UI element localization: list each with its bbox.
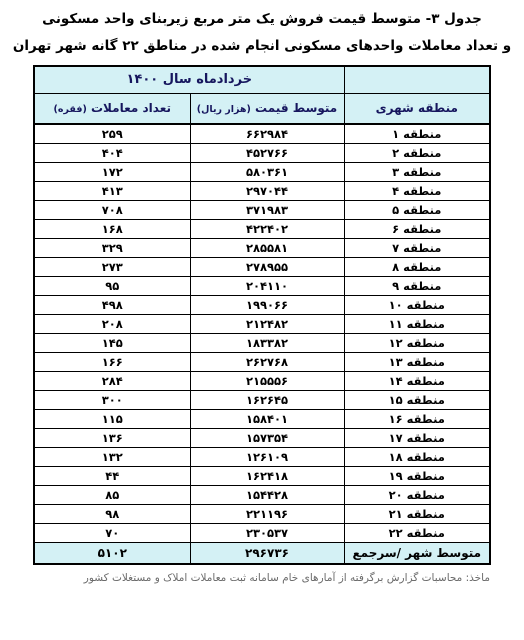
table-footer: متوسط شهر /سرجمع ۲۹۶۷۳۶ ۵۱۰۲: [34, 542, 490, 564]
price-cell: ۴۲۲۴۰۲: [190, 219, 344, 238]
table-row: منطقه ۲۱۲۲۱۱۹۶۹۸: [34, 504, 490, 523]
region-cell: منطقه ۸: [344, 257, 490, 276]
count-cell: ۱۴۵: [34, 333, 190, 352]
period-header-cell: خردادماه سال ۱۴۰۰: [34, 66, 344, 93]
table-row: منطقه ۱۱۲۱۲۴۸۲۲۰۸: [34, 314, 490, 333]
price-cell: ۱۲۶۱۰۹: [190, 447, 344, 466]
region-cell: منطقه ۱۴: [344, 371, 490, 390]
count-column-header-unit: (فقره): [54, 104, 87, 115]
price-column-header: متوسط قیمت (هزار ریال): [190, 93, 344, 124]
count-cell: ۱۶۶: [34, 352, 190, 371]
summary-row: متوسط شهر /سرجمع ۲۹۶۷۳۶ ۵۱۰۲: [34, 542, 490, 564]
count-cell: ۹۸: [34, 504, 190, 523]
count-cell: ۱۳۲: [34, 447, 190, 466]
price-cell: ۲۲۱۱۹۶: [190, 504, 344, 523]
column-header-row: منطقه شهری متوسط قیمت (هزار ریال) تعداد …: [34, 93, 490, 124]
count-cell: ۱۱۵: [34, 409, 190, 428]
table-row: منطقه ۱۷۱۵۷۳۵۴۱۳۶: [34, 428, 490, 447]
source-note: ماخذ: محاسبات گزارش برگرفته از آمارهای خ…: [34, 572, 490, 584]
count-cell: ۲۵۹: [34, 124, 190, 143]
count-cell: ۸۵: [34, 485, 190, 504]
report-page: جدول ۳- متوسط قیمت فروش یک متر مربع زیرب…: [0, 0, 524, 640]
table-row: منطقه ۶۴۲۲۴۰۲۱۶۸: [34, 219, 490, 238]
count-cell: ۱۶۸: [34, 219, 190, 238]
count-cell: ۳۲۹: [34, 238, 190, 257]
table-row: منطقه ۱۹۱۶۲۴۱۸۴۴: [34, 466, 490, 485]
count-cell: ۲۰۸: [34, 314, 190, 333]
summary-count-cell: ۵۱۰۲: [34, 542, 190, 564]
price-cell: ۱۵۴۴۲۸: [190, 485, 344, 504]
region-cell: منطقه ۲۰: [344, 485, 490, 504]
region-cell: منطقه ۴: [344, 181, 490, 200]
table-row: منطقه ۲۴۵۲۷۶۶۴۰۴: [34, 143, 490, 162]
summary-price-cell: ۲۹۶۷۳۶: [190, 542, 344, 564]
period-header-row: خردادماه سال ۱۴۰۰: [34, 66, 490, 93]
region-header-empty-cell: [344, 66, 490, 93]
price-column-header-label: متوسط قیمت: [255, 101, 337, 115]
table-row: منطقه ۳۵۸۰۳۶۱۱۷۲: [34, 162, 490, 181]
count-column-header-label: تعداد معاملات: [91, 101, 171, 115]
region-cell: منطقه ۲: [344, 143, 490, 162]
count-cell: ۱۳۶: [34, 428, 190, 447]
price-cell: ۳۷۱۹۸۳: [190, 200, 344, 219]
region-column-header-label: منطقه شهری: [376, 101, 458, 115]
table-body: منطقه ۱۶۶۲۹۸۴۲۵۹منطقه ۲۴۵۲۷۶۶۴۰۴منطقه ۳۵…: [34, 124, 490, 542]
price-cell: ۱۶۲۴۱۸: [190, 466, 344, 485]
region-cell: منطقه ۱۲: [344, 333, 490, 352]
table-row: منطقه ۱۲۱۸۳۳۸۲۱۴۵: [34, 333, 490, 352]
region-column-header: منطقه شهری: [344, 93, 490, 124]
region-cell: منطقه ۱۵: [344, 390, 490, 409]
price-cell: ۱۵۷۳۵۴: [190, 428, 344, 447]
table-row: منطقه ۷۲۸۵۵۸۱۳۲۹: [34, 238, 490, 257]
count-cell: ۲۸۴: [34, 371, 190, 390]
price-cell: ۴۵۲۷۶۶: [190, 143, 344, 162]
table-row: منطقه ۵۳۷۱۹۸۳۷۰۸: [34, 200, 490, 219]
price-cell: ۲۳۰۵۳۷: [190, 523, 344, 542]
count-cell: ۷۰۸: [34, 200, 190, 219]
page-title-line2: و تعداد معاملات واحدهای مسکونی انجام شده…: [0, 38, 524, 56]
table-row: منطقه ۱۸۱۲۶۱۰۹۱۳۲: [34, 447, 490, 466]
region-cell: منطقه ۱۱: [344, 314, 490, 333]
transactions-table: خردادماه سال ۱۴۰۰ منطقه شهری متوسط قیمت …: [33, 65, 491, 565]
price-column-header-unit: (هزار ریال): [197, 104, 251, 115]
price-cell: ۲۰۴۱۱۰: [190, 276, 344, 295]
table-row: منطقه ۲۰۱۵۴۴۲۸۸۵: [34, 485, 490, 504]
price-cell: ۱۹۹۰۶۶: [190, 295, 344, 314]
count-cell: ۱۷۲: [34, 162, 190, 181]
price-cell: ۲۱۵۵۵۶: [190, 371, 344, 390]
count-cell: ۴۴: [34, 466, 190, 485]
region-cell: منطقه ۱۰: [344, 295, 490, 314]
table-row: منطقه ۱۶۱۵۸۴۰۱۱۱۵: [34, 409, 490, 428]
region-cell: منطقه ۱۳: [344, 352, 490, 371]
region-cell: منطقه ۲۲: [344, 523, 490, 542]
price-cell: ۱۶۲۶۴۵: [190, 390, 344, 409]
summary-label-cell: متوسط شهر /سرجمع: [344, 542, 490, 564]
table-row: منطقه ۱۳۲۶۲۷۶۸۱۶۶: [34, 352, 490, 371]
price-cell: ۱۸۳۳۸۲: [190, 333, 344, 352]
table-row: منطقه ۱۴۲۱۵۵۵۶۲۸۴: [34, 371, 490, 390]
table-header: خردادماه سال ۱۴۰۰ منطقه شهری متوسط قیمت …: [34, 66, 490, 124]
table-row: منطقه ۴۲۹۷۰۴۴۴۱۳: [34, 181, 490, 200]
table-row: منطقه ۸۲۷۸۹۵۵۲۷۳: [34, 257, 490, 276]
count-cell: ۴۱۳: [34, 181, 190, 200]
price-cell: ۵۸۰۳۶۱: [190, 162, 344, 181]
region-cell: منطقه ۲۱: [344, 504, 490, 523]
price-cell: ۲۷۸۹۵۵: [190, 257, 344, 276]
count-cell: ۹۵: [34, 276, 190, 295]
table-row: منطقه ۱۶۶۲۹۸۴۲۵۹: [34, 124, 490, 143]
table-row: منطقه ۱۵۱۶۲۶۴۵۳۰۰: [34, 390, 490, 409]
price-cell: ۲۸۵۵۸۱: [190, 238, 344, 257]
count-cell: ۷۰: [34, 523, 190, 542]
table-row: منطقه ۹۲۰۴۱۱۰۹۵: [34, 276, 490, 295]
count-cell: ۲۷۳: [34, 257, 190, 276]
region-cell: منطقه ۱: [344, 124, 490, 143]
region-cell: منطقه ۹: [344, 276, 490, 295]
count-cell: ۳۰۰: [34, 390, 190, 409]
region-cell: منطقه ۷: [344, 238, 490, 257]
count-cell: ۴۹۸: [34, 295, 190, 314]
price-cell: ۲۶۲۷۶۸: [190, 352, 344, 371]
region-cell: منطقه ۳: [344, 162, 490, 181]
price-cell: ۱۵۸۴۰۱: [190, 409, 344, 428]
table-row: منطقه ۱۰۱۹۹۰۶۶۴۹۸: [34, 295, 490, 314]
count-cell: ۴۰۴: [34, 143, 190, 162]
table-row: منطقه ۲۲۲۳۰۵۳۷۷۰: [34, 523, 490, 542]
region-cell: منطقه ۵: [344, 200, 490, 219]
region-cell: منطقه ۱۶: [344, 409, 490, 428]
page-title-line1: جدول ۳- متوسط قیمت فروش یک متر مربع زیرب…: [0, 0, 524, 29]
region-cell: منطقه ۱۸: [344, 447, 490, 466]
region-cell: منطقه ۶: [344, 219, 490, 238]
count-column-header: تعداد معاملات (فقره): [34, 93, 190, 124]
region-cell: منطقه ۱۷: [344, 428, 490, 447]
price-cell: ۶۶۲۹۸۴: [190, 124, 344, 143]
price-cell: ۲۱۲۴۸۲: [190, 314, 344, 333]
region-cell: منطقه ۱۹: [344, 466, 490, 485]
price-cell: ۲۹۷۰۴۴: [190, 181, 344, 200]
